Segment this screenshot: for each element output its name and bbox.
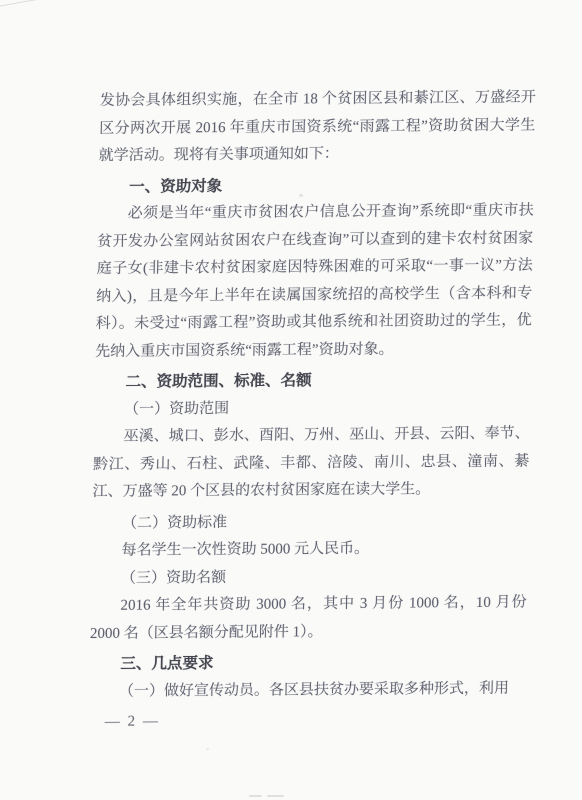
subsection-heading-2-2: （二）资助标准: [92, 507, 529, 538]
document-text-column: 发协会具体组织实施，在全市 18 个贫困区县和綦江区、万盛经开区分两次开展 20…: [88, 85, 536, 737]
section-heading-3: 三、几点要求: [89, 648, 526, 679]
paragraph: （一）做好宣传动员。各区县扶贫办要采取多种形式，利用: [89, 675, 526, 706]
section-heading-2: 二、资助范围、标准、名额: [94, 366, 531, 397]
scanned-document-page: 发协会具体组织实施，在全市 18 个贫困区县和綦江区、万盛经开区分两次开展 20…: [0, 0, 582, 800]
scan-artifact-mark: [249, 795, 262, 797]
paragraph: 每名学生一次性资助 5000 元人民币。: [91, 535, 528, 566]
paragraph: 必须是当年“重庆市贫困农户信息公开查询”系统即“重庆市扶贫开发办公室网站贫困农户…: [95, 198, 534, 366]
section-heading-1: 一、资助对象: [98, 170, 535, 201]
paragraph-continued: 发协会具体组织实施，在全市 18 个贫困区县和綦江区、万盛经开区分两次开展 20…: [98, 85, 536, 171]
paragraph: 2016 年全年共资助 3000 名，其中 3 月份 1000 名，10 月份 …: [90, 590, 527, 648]
paragraph: 巫溪、城口、彭水、酉阳、万州、巫山、开县、云阳、奉节、黔江、秀山、石柱、武隆、丰…: [92, 421, 530, 507]
scan-artifact-corner-line: [0, 0, 44, 7]
subsection-heading-2-1: （一）资助范围: [94, 393, 531, 424]
subsection-heading-2-3: （三）资助名额: [91, 562, 528, 593]
scan-artifact-mark: [267, 795, 284, 797]
page-number: — 2 —: [88, 706, 525, 737]
scan-artifact-speck: [206, 748, 209, 750]
